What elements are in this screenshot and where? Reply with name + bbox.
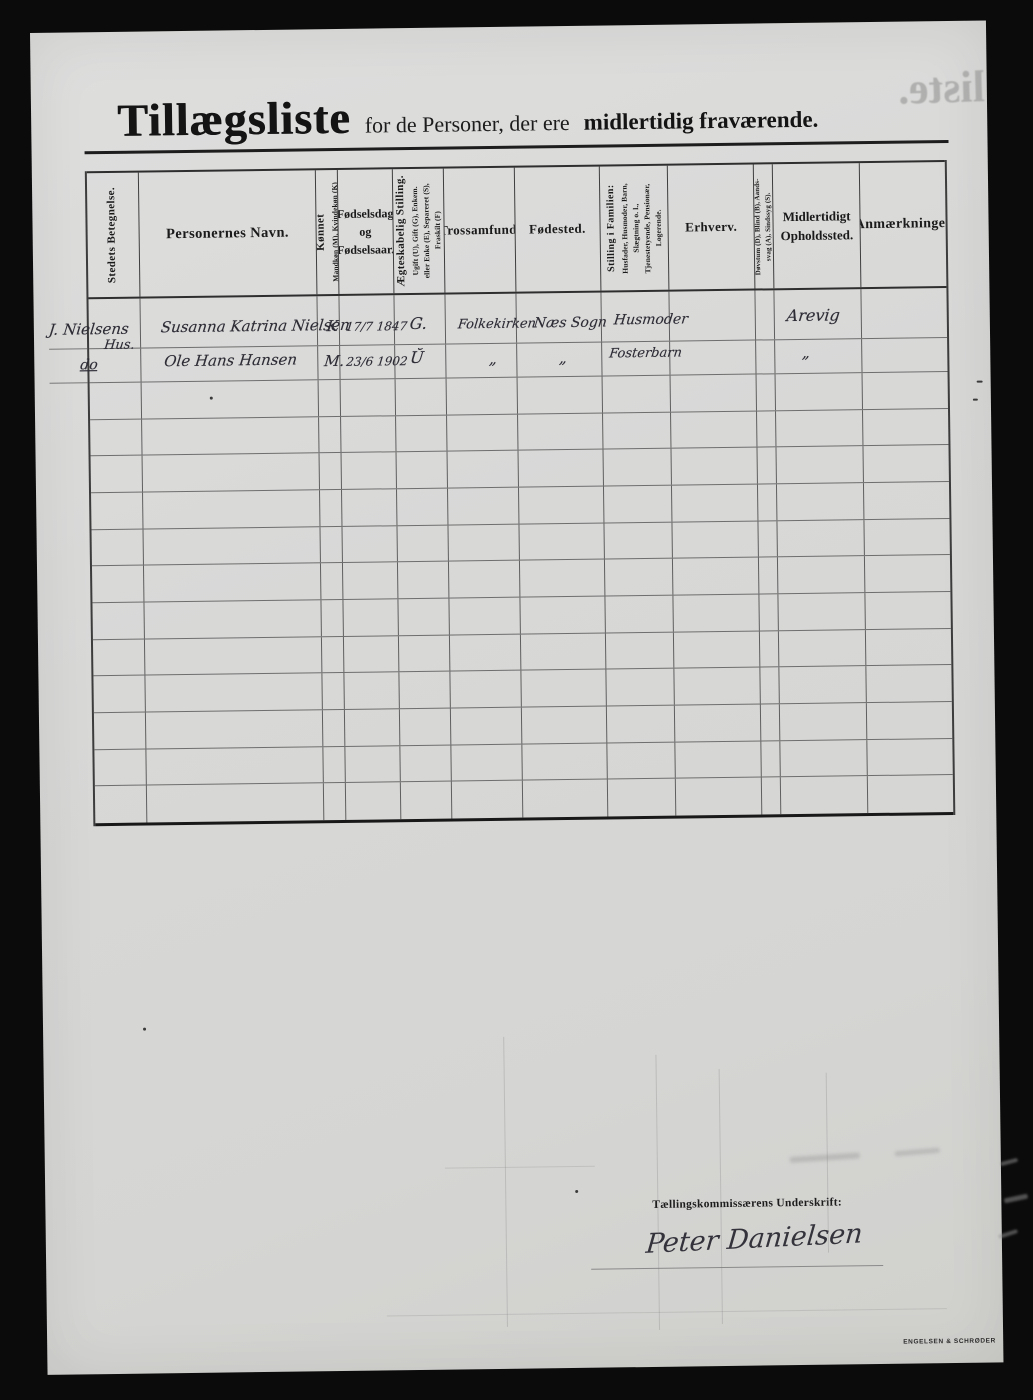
table-cell [867, 702, 952, 739]
header-erhverv: Erhverv. [668, 165, 755, 290]
table-cell [676, 741, 762, 778]
table-cell [94, 749, 146, 785]
table-cell [90, 383, 142, 419]
table-cell [760, 631, 779, 667]
table-cell [602, 376, 671, 413]
table-cell [777, 520, 865, 557]
table-cell [675, 704, 761, 741]
adjacent-page-mark [1004, 1194, 1029, 1204]
table-cell [522, 706, 607, 743]
table-cell [778, 556, 866, 593]
entry-trossamfund-row1: Folkekirken [457, 316, 537, 332]
table-cell [319, 453, 341, 489]
header-label: Stedets Betegnelse. [104, 187, 121, 283]
table-cell [142, 454, 320, 492]
table-cell [760, 667, 779, 703]
table-cell [145, 637, 323, 675]
row1-margin-line [49, 348, 87, 349]
table-cell [448, 488, 519, 525]
table-cell [523, 780, 608, 818]
table-cell [447, 414, 518, 451]
header-label: Fødselsdag [338, 204, 394, 223]
table-cell [142, 417, 320, 455]
table-cell [867, 665, 952, 702]
table-cell [671, 411, 757, 448]
header-label: Anmærkninger [860, 216, 946, 233]
table-cell [756, 374, 775, 410]
table-cell [343, 563, 398, 599]
ink-dot [575, 1190, 578, 1193]
table-cell [670, 341, 756, 375]
scanned-census-sheet: Tillægsliste for de Personer, der ere mi… [0, 0, 1033, 1400]
table-cell [147, 783, 325, 822]
table-cell [781, 776, 869, 814]
bleedthrough-line [655, 1055, 660, 1330]
table-cell [320, 527, 342, 563]
title-subtitle: for de Personer, der ere [365, 110, 570, 139]
table-cell [759, 558, 778, 594]
table-cell [674, 631, 760, 668]
table-cell [397, 525, 449, 561]
ink-mark [977, 381, 983, 383]
bleedthrough-line [445, 1166, 595, 1169]
header-label: Stilling i Familien: [604, 183, 620, 274]
header-label: Opholdssted. [780, 225, 853, 245]
signature-label: Tællingskommissærens Underskrift: [652, 1196, 842, 1210]
table-cell [776, 410, 864, 447]
table-cell [761, 704, 780, 740]
table-cell [446, 344, 517, 378]
header-midlertidigt-opholdssted: Midlertidigt Opholdssted. [773, 163, 862, 288]
header-anmerkninger: Anmærkninger [860, 162, 946, 287]
table-cell [674, 594, 760, 631]
header-fodested: Fødested. [515, 167, 601, 292]
table-cell [758, 521, 777, 557]
table-cell [755, 290, 775, 339]
entry-fodested-row2-ditto: „ [558, 349, 568, 367]
entry-sted-row2: do [79, 357, 98, 373]
table-cell [452, 744, 523, 781]
table-cell [341, 453, 396, 489]
header-label: Fødselsaar. [338, 240, 394, 259]
table-cell [447, 378, 518, 415]
table-cell [779, 630, 867, 667]
entry-konnet-row1: K [326, 317, 339, 335]
table-cell [866, 629, 951, 666]
table-cell [95, 786, 147, 823]
entry-opholdssted-row2-ditto: „ [801, 344, 811, 362]
table-cell [520, 560, 605, 597]
table-cell [320, 490, 342, 526]
table-cell [450, 634, 521, 671]
bleedthrough-writing [790, 1152, 860, 1163]
entry-fodselsdag-row2: 23/6 1902 [346, 354, 409, 369]
table-cell [400, 782, 452, 819]
table-cell [321, 563, 343, 599]
entry-navn-row1: Susanna Katrina Nielsen [160, 316, 351, 337]
header-sublabel: Tjenestetyende, Pensionær, [641, 183, 653, 274]
table-cell [605, 559, 674, 596]
table-cell [673, 558, 759, 595]
table-cell [518, 377, 603, 414]
table-header-row: Stedets Betegnelse. Personernes Navn. Kø… [87, 160, 947, 299]
table-cell [398, 598, 450, 634]
table-cell [863, 338, 948, 372]
table-cell [340, 379, 395, 415]
table-cell [90, 419, 142, 455]
header-label: og [338, 222, 394, 241]
table-cell [322, 673, 344, 709]
printer-mark: ENGELSEN & SCHRØDER [903, 1337, 996, 1345]
ink-mark [973, 399, 978, 401]
table-cell [451, 671, 522, 708]
table-cell [865, 519, 950, 556]
bleedthrough-writing [895, 1148, 940, 1157]
table-cell [345, 709, 400, 745]
table-cell [141, 380, 319, 418]
entry-fodested-row1: Næs Sogn [533, 314, 608, 331]
table-cell [92, 602, 144, 638]
table-cell [672, 484, 758, 521]
header-personernes-navn: Personernes Navn. [139, 170, 318, 296]
adjacent-page-mark [1000, 1158, 1018, 1167]
entry-sted-row1-line2: Hus. [103, 338, 135, 353]
table-cell [520, 596, 605, 633]
table-cell [864, 482, 949, 519]
table-cell [452, 781, 523, 819]
header-stilling-i-familien: Stilling i Familien: Husfader, Husmoder,… [599, 166, 669, 291]
table-cell [607, 706, 676, 743]
page-title: Tillægsliste for de Personer, der ere mi… [117, 85, 819, 147]
table-cell [520, 523, 605, 560]
header-sublabel: Husfader, Husmoder, Barn, [618, 183, 630, 274]
ink-dot [210, 397, 213, 400]
table-cell [863, 409, 948, 446]
table-cell [762, 777, 781, 814]
table-cell [866, 592, 951, 629]
table-cell [146, 747, 324, 785]
table-cell [675, 668, 761, 705]
bleedthrough-title-text: liste. [824, 61, 985, 117]
table-cell [342, 489, 397, 525]
header-konnet: Kønnet Mandkøn (M), Kvindekøn (K) [316, 170, 340, 294]
table-cell [603, 412, 672, 449]
table-cell [778, 593, 866, 630]
table-cell [399, 708, 451, 744]
table-cell [395, 379, 447, 415]
table-cell [521, 670, 606, 707]
table-cell [780, 703, 868, 740]
table-cell [144, 600, 322, 638]
entry-familie-row1: Husmoder [613, 311, 689, 328]
title-main: Tillægsliste [117, 91, 351, 147]
table-cell [780, 740, 868, 777]
table-cell [345, 746, 400, 782]
header-label: Ægteskabelig Stilling. [393, 175, 410, 287]
entry-sted-row1-line1: J. Nielsens [48, 320, 130, 339]
table-cell [321, 600, 343, 636]
header-aegteskabelig-stilling: Ægteskabelig Stilling. Ugift (U), Gift (… [392, 169, 445, 294]
table-cell [449, 561, 520, 598]
paper-page: Tillægsliste for de Personer, der ere mi… [30, 20, 1003, 1374]
header-sublabel: Fraskilt (F) [431, 175, 444, 287]
table-cell [757, 411, 776, 447]
header-sublabel: Logerende. [652, 182, 664, 273]
header-label: Fødested. [529, 221, 586, 238]
table-cell [145, 673, 323, 711]
table-cell [91, 493, 143, 529]
entry-konnet-row2: M. [323, 352, 345, 370]
table-cell [671, 375, 757, 412]
table-cell [400, 745, 452, 781]
table-cell [346, 782, 401, 819]
table-cell [519, 450, 604, 487]
table-cell [143, 490, 321, 528]
table-cell [319, 380, 341, 416]
table-cell [323, 746, 345, 782]
table-cell [521, 633, 606, 670]
table-cell [342, 526, 397, 562]
table-cell [868, 775, 953, 813]
table-cell [396, 452, 448, 488]
table-cell [344, 672, 399, 708]
table-cell [777, 483, 865, 520]
table-cell [91, 456, 143, 492]
table-cell [518, 413, 603, 450]
table-cell [344, 636, 399, 672]
table-cell [396, 415, 448, 451]
header-label: Personernes Navn. [166, 224, 289, 243]
table-cell [448, 451, 519, 488]
header-label: Trossamfund. [444, 222, 516, 239]
table-cell [92, 566, 144, 602]
table-cell [862, 288, 947, 338]
bleedthrough-line [503, 1037, 508, 1327]
table-cell [603, 449, 672, 486]
table-cell [343, 599, 398, 635]
table-cell [761, 741, 780, 777]
table-cell [756, 340, 775, 373]
table-cell [779, 666, 867, 703]
table-cell [449, 524, 520, 561]
table-cell [676, 778, 762, 816]
table-cell [673, 521, 759, 558]
table-cell [864, 445, 949, 482]
header-dovstum-blind: Døvstum (D), Blind (B), Aands- svag (A),… [754, 164, 775, 288]
table-cell [341, 416, 396, 452]
table-cell [522, 743, 607, 780]
signature-handwritten: Peter Danielsen [645, 1218, 864, 1260]
table-cell [775, 373, 863, 410]
entry-familie-row2: Fosterbarn [608, 345, 682, 361]
table-cell [324, 783, 346, 820]
bleedthrough-line [719, 1069, 723, 1324]
table-cell [865, 555, 950, 592]
table-cell [92, 529, 144, 565]
row2-margin-line [50, 382, 88, 383]
title-subtitle-bold: midlertidig fraværende. [584, 107, 819, 136]
bleedthrough-line [387, 1308, 947, 1316]
table-cell [607, 779, 676, 817]
table-cell [775, 339, 863, 373]
table-cell [143, 527, 321, 565]
table-cell [606, 632, 675, 669]
table-cell [868, 739, 953, 776]
table-cell [322, 637, 344, 673]
signature-line [591, 1265, 883, 1270]
header-fodselsdag: Fødselsdag og Fødselsaar. [338, 169, 394, 294]
header-sublabel: Slægtning o. l., [629, 183, 641, 274]
header-label: Erhverv. [685, 219, 737, 236]
table-cell [146, 710, 324, 748]
table-cell [759, 594, 778, 630]
table-cell [93, 676, 145, 712]
table-cell [94, 712, 146, 748]
entry-navn-row2: Ole Hans Hansen [163, 351, 298, 371]
header-stedets-betegnelse: Stedets Betegnelse. [87, 173, 140, 298]
table-cell [604, 486, 673, 523]
census-table: Stedets Betegnelse. Personernes Navn. Kø… [85, 160, 955, 826]
table-cell [758, 484, 777, 520]
entry-opholdssted-row1: Arevig [786, 305, 841, 325]
header-sublabel: eller Enke (E), Separeret (S), [420, 175, 433, 287]
table-cell [757, 448, 776, 484]
table-cell [144, 564, 322, 602]
table-cell [450, 598, 521, 635]
table-cell [606, 669, 675, 706]
table-cell [323, 710, 345, 746]
header-label: Kønnet [316, 182, 330, 282]
table-cell [451, 708, 522, 745]
table-cell [398, 562, 450, 598]
ink-dot [143, 1028, 146, 1031]
entry-aegteskabelig-row1: G. [409, 314, 428, 333]
table-cell [672, 448, 758, 485]
table-cell [605, 596, 674, 633]
table-cell [399, 672, 451, 708]
table-cell [319, 417, 341, 453]
table-cell [604, 522, 673, 559]
header-label: Midlertidigt [780, 206, 853, 226]
table-cell [93, 639, 145, 675]
entry-aegteskabelig-row2: Ŭ [409, 348, 425, 367]
table-cell [519, 486, 604, 523]
header-trossamfund: Trossamfund. [444, 168, 516, 293]
table-cell [776, 446, 864, 483]
entry-fodselsdag-row1: 17/7 1847 [345, 319, 408, 334]
table-cell [397, 489, 449, 525]
table-cell [399, 635, 451, 671]
table-cell [863, 372, 948, 409]
table-cell [607, 742, 676, 779]
